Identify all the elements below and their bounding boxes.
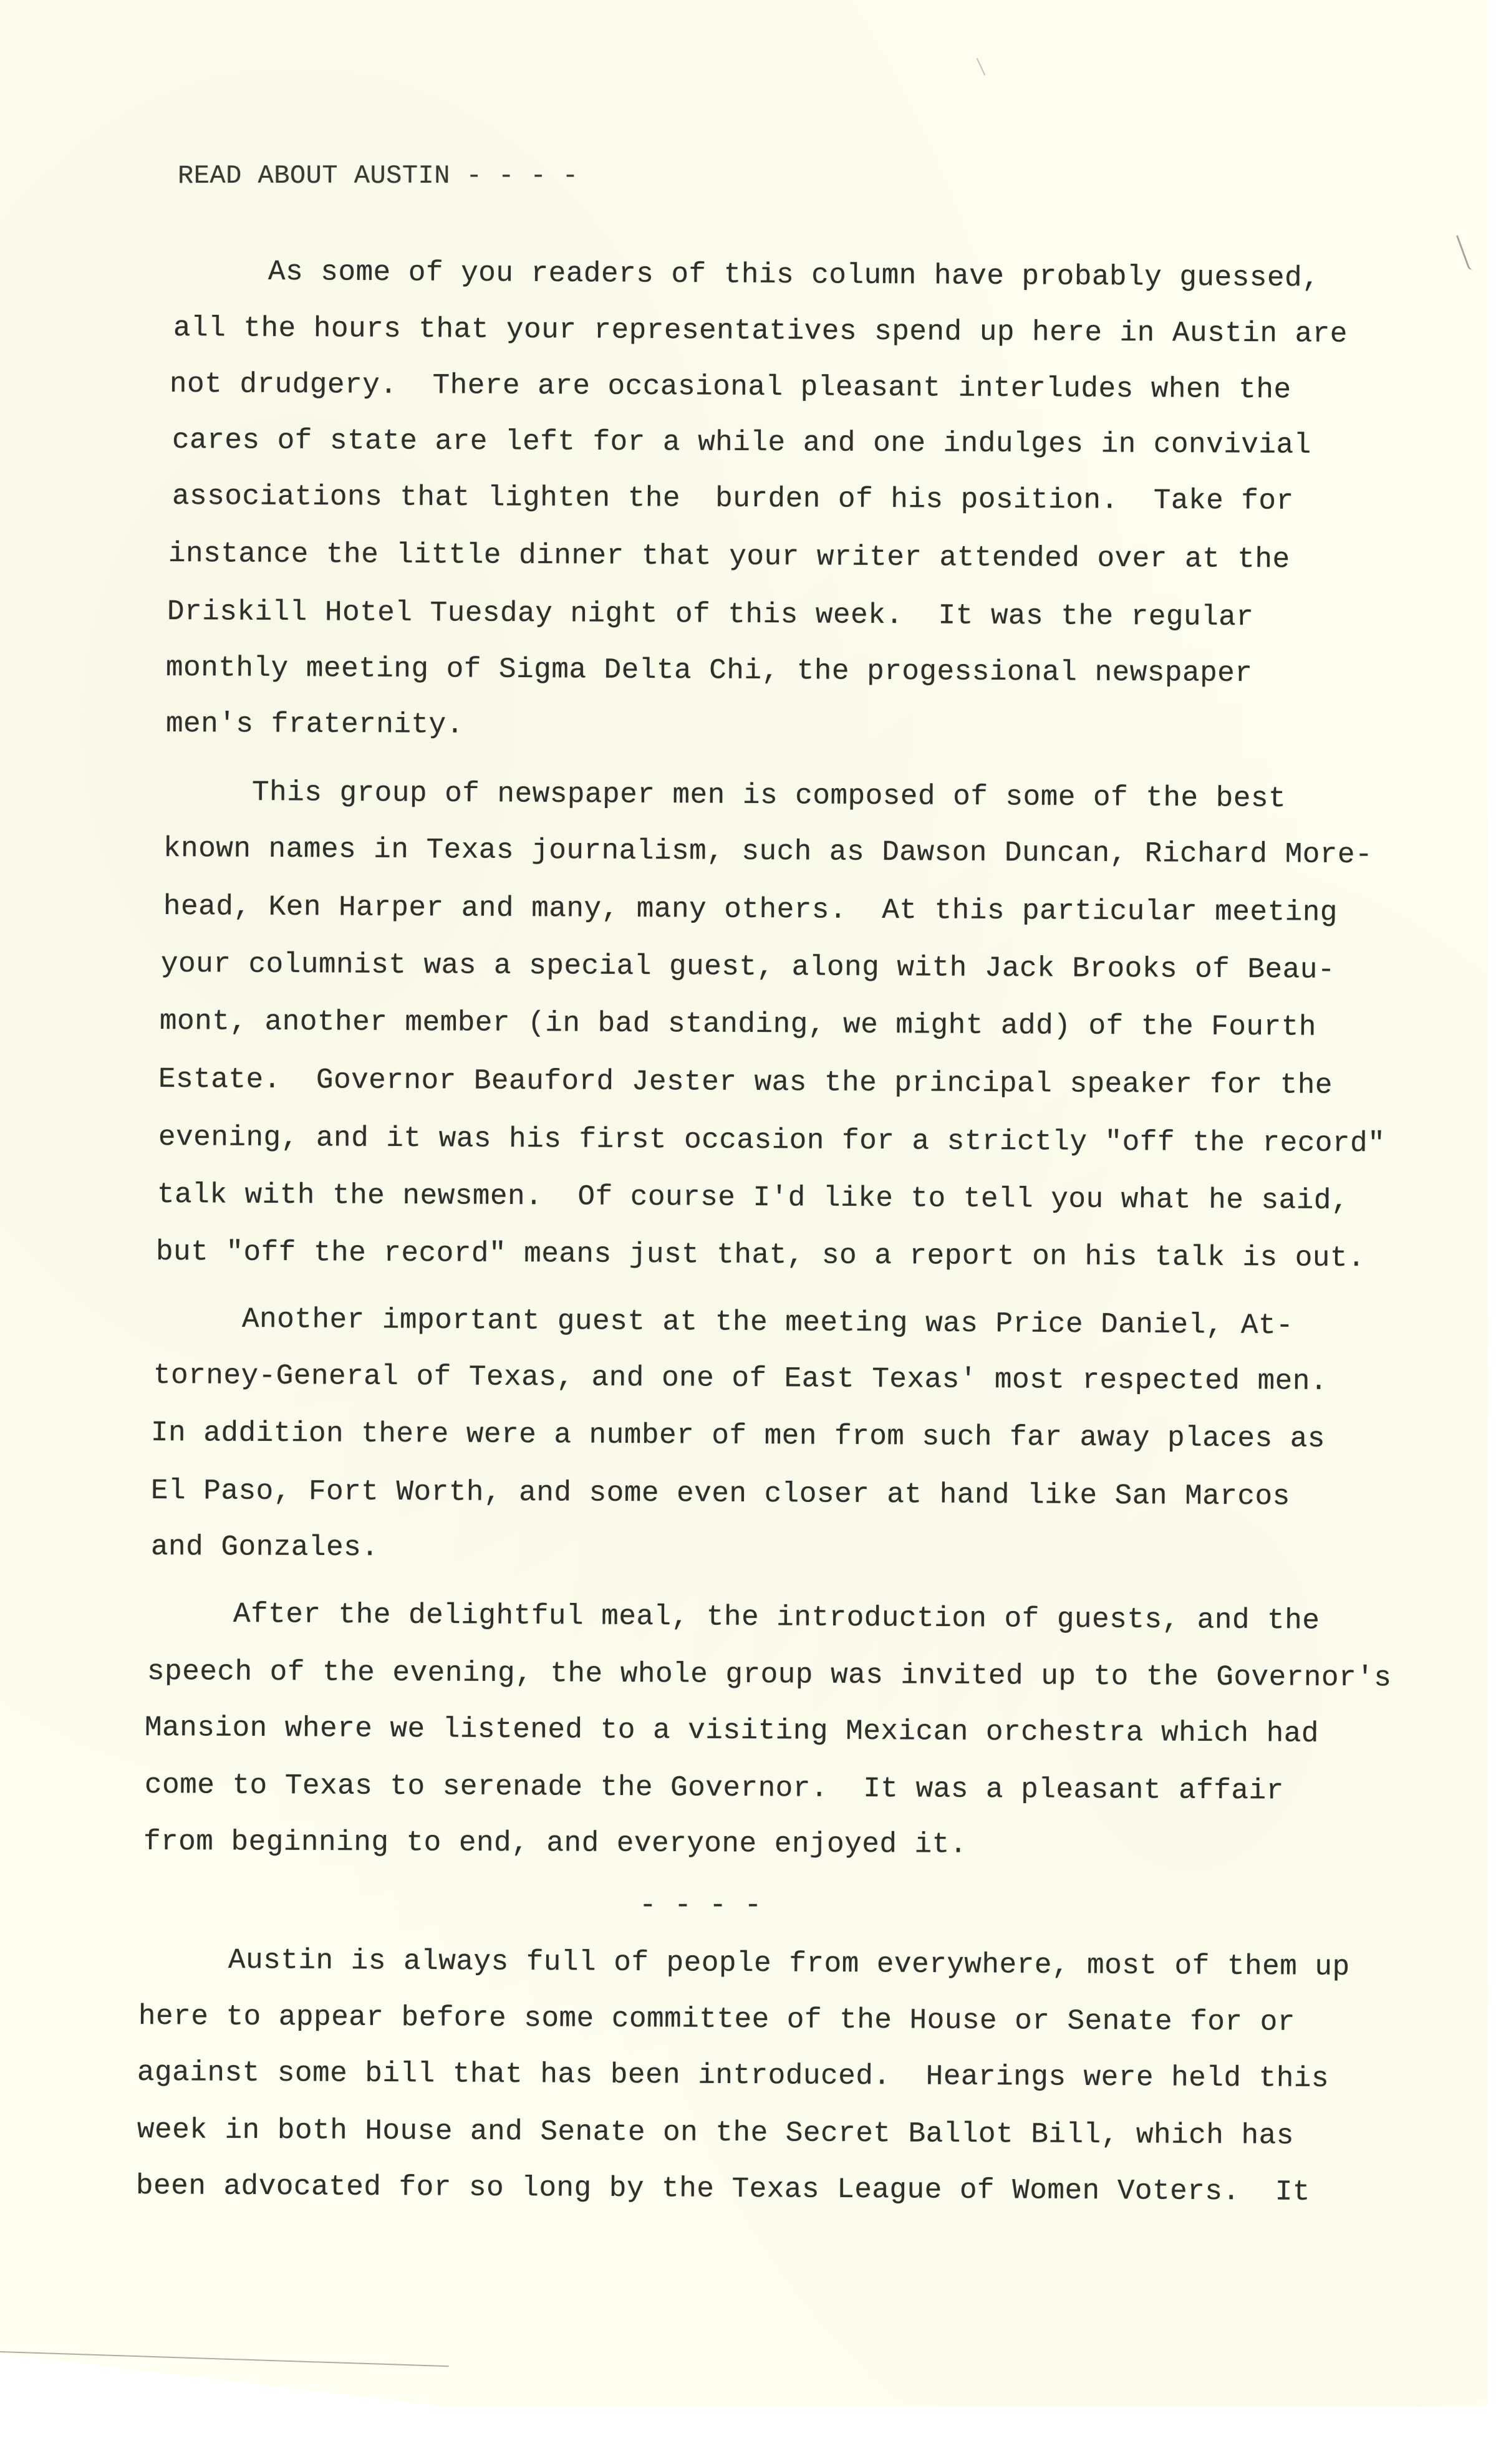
text-line: Mansion where we listened to a visiting …	[145, 1711, 1319, 1750]
text-line: torney-General of Texas, and one of East…	[153, 1359, 1328, 1398]
text-line: El Paso, Fort Worth, and some even close…	[151, 1475, 1290, 1513]
text-line: your columnist was a special guest, alon…	[161, 948, 1335, 986]
text-line: against some bill that has been introduc…	[137, 2056, 1329, 2095]
text-line: Another important guest at the meeting w…	[242, 1303, 1294, 1342]
text-line: Estate. Governor Beauford Jester was the…	[158, 1063, 1333, 1102]
text-line: associations that lighten the burden of …	[172, 480, 1294, 517]
text-line: As some of you readers of this column ha…	[268, 256, 1320, 294]
text-line: talk with the newsmen. Of course I'd lik…	[157, 1178, 1349, 1217]
text-line: and Gonzales.	[151, 1531, 379, 1564]
text-line: instance the little dinner that your wri…	[168, 537, 1290, 575]
text-line: Austin is always full of people from eve…	[228, 1944, 1350, 1983]
column-title: READ ABOUT AUSTIN - - - -	[178, 161, 579, 191]
text-line: Driskill Hotel Tuesday night of this wee…	[167, 595, 1254, 633]
text-line: but "off the record" means just that, so…	[156, 1236, 1365, 1274]
text-line: evening, and it was his first occasion f…	[158, 1121, 1386, 1160]
text-line: men's fraternity.	[166, 708, 464, 741]
text-line: In addition there were a number of men f…	[151, 1417, 1325, 1455]
text-line: After the delightful meal, the introduct…	[233, 1598, 1320, 1637]
text-line: all the hours that your representatives …	[173, 312, 1348, 350]
text-line: week in both House and Senate on the Sec…	[137, 2114, 1294, 2152]
text-line: mont, another member (in bad standing, w…	[160, 1005, 1316, 1044]
text-line: here to appear before some committee of …	[138, 2000, 1295, 2039]
text-line: known names in Texas journalism, such as…	[163, 832, 1373, 871]
text-line: This group of newspaper men is composed …	[252, 776, 1286, 815]
text-line: head, Ken Harper and many, many others. …	[163, 890, 1338, 929]
text-line: monthly meeting of Sigma Delta Chi, the …	[166, 652, 1253, 690]
text-line: cares of state are left for a while and …	[172, 424, 1311, 461]
text-line: come to Texas to serenade the Governor. …	[145, 1769, 1284, 1807]
text-line: not drudgery. There are occasional pleas…	[170, 368, 1291, 406]
text-line: speech of the evening, the whole group w…	[147, 1655, 1392, 1694]
text-line: been advocated for so long by the Texas …	[136, 2170, 1310, 2208]
text-line: from beginning to end, and everyone enjo…	[143, 1826, 967, 1861]
section-separator: - - - -	[639, 1889, 762, 1922]
